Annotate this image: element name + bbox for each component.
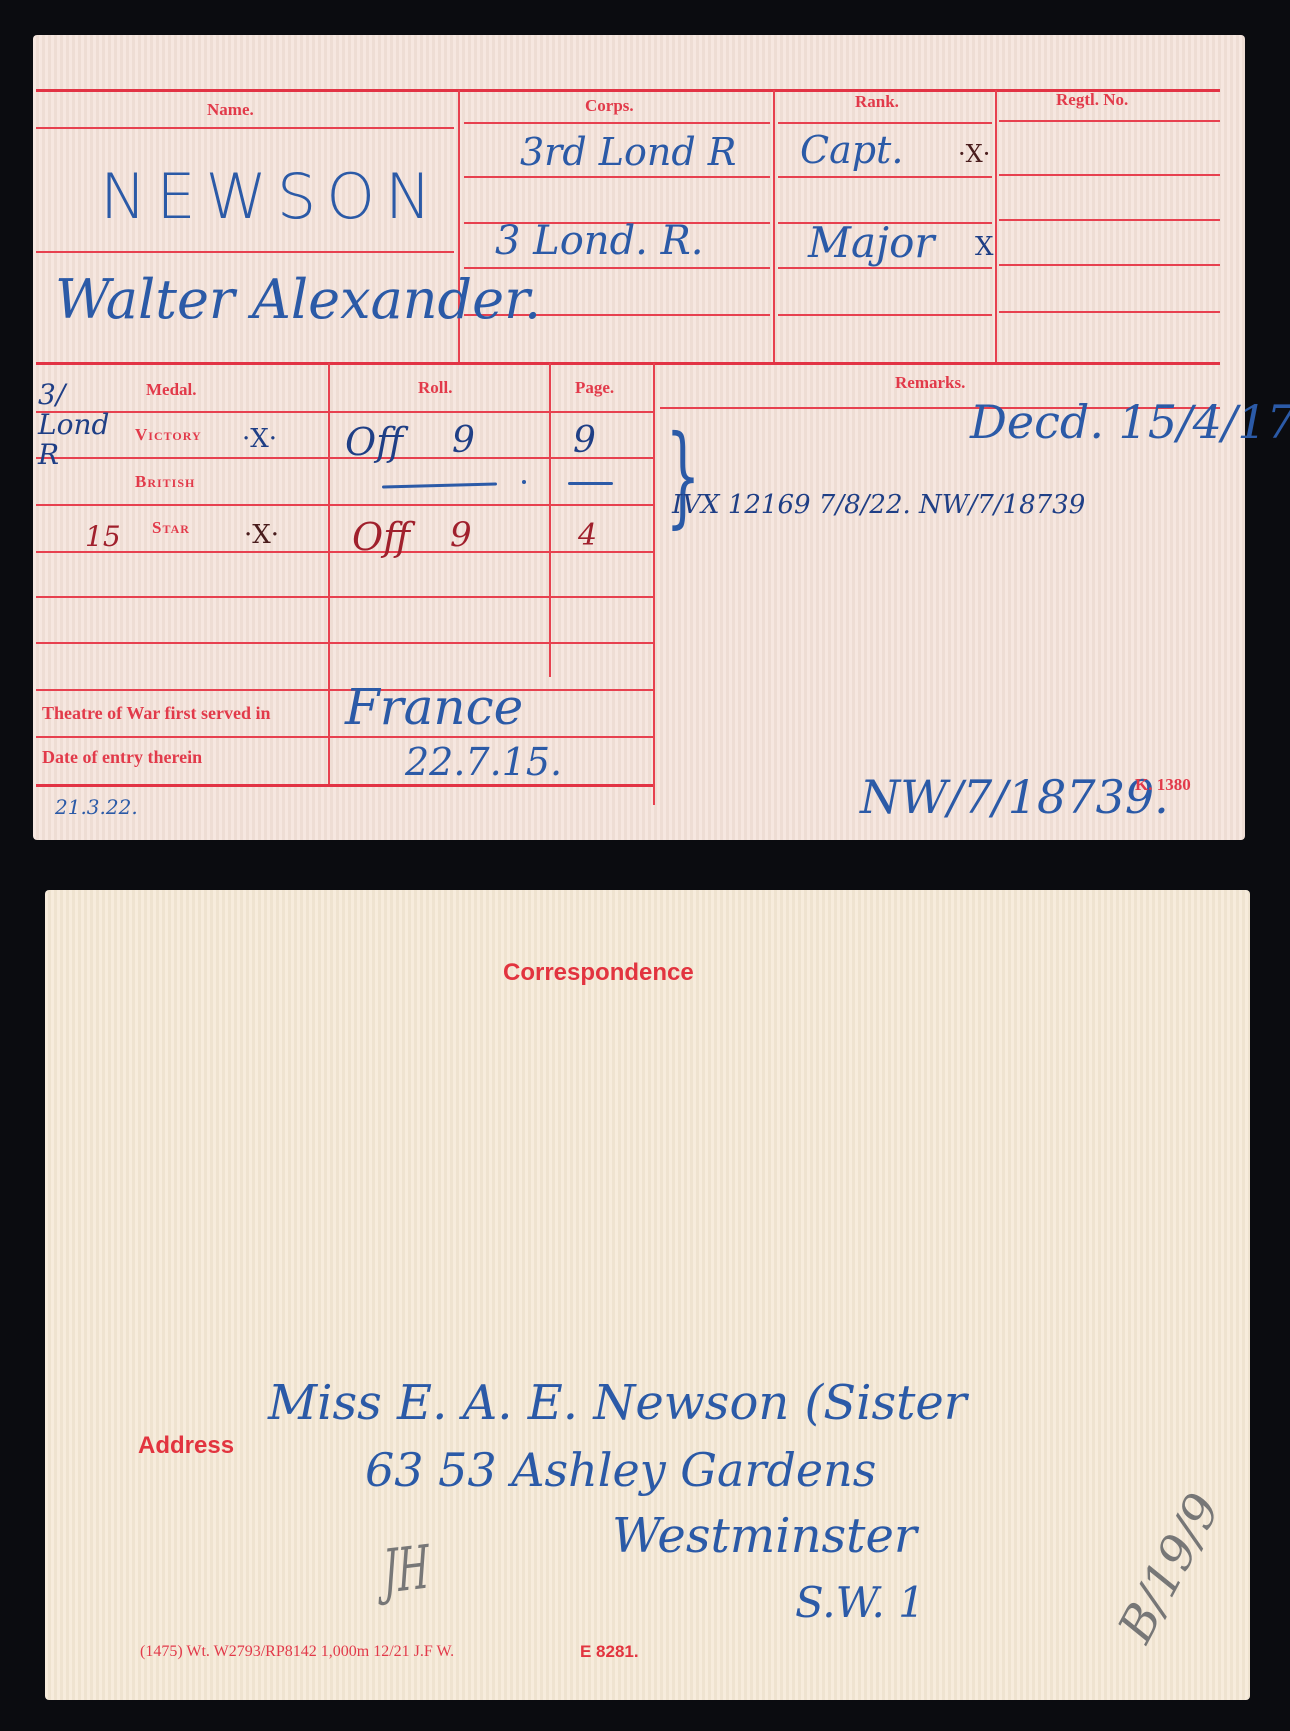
entry-date-label: Date of entry therein: [42, 747, 202, 768]
address-line-4: S.W. 1: [795, 1578, 925, 1627]
roll-british-ditto-dot: [522, 480, 526, 484]
rule-medal-4: [36, 596, 653, 598]
header-page: Page.: [575, 378, 614, 398]
rule-rank-1: [778, 176, 992, 178]
surname: NEWSON: [100, 160, 441, 233]
rule-medal-7: [36, 736, 653, 738]
rule-section-divider: [36, 362, 1220, 365]
pencil-initials: JH: [382, 1532, 431, 1607]
rank-mark-2: X: [975, 232, 994, 262]
rule-rank-4: [778, 314, 992, 316]
corps-entry-1: 3rd Lond R: [520, 130, 736, 174]
rule-rank-3: [778, 267, 992, 269]
header-remarks: Remarks.: [895, 373, 965, 393]
divider-corps-rank: [773, 90, 775, 362]
roll-star-prefix: Off: [352, 515, 410, 559]
file-reference: NW/7/18739.: [860, 770, 1169, 824]
address-line-1: Miss E. A. E. Newson (Sister: [268, 1375, 967, 1431]
rule-medal-bottom: [36, 784, 653, 787]
entry-date-value: 22.7.15.: [405, 740, 562, 784]
rule-regtl-2: [999, 219, 1220, 221]
roll-victory-prefix: Off: [345, 420, 403, 464]
forenames: Walter Alexander.: [55, 268, 541, 331]
remarks-reference: IVX 12169 7/8/22. NW/7/18739: [672, 490, 1085, 520]
rule-regtl-header: [999, 120, 1220, 122]
unit-annotation: 3/ Lond R: [38, 380, 128, 470]
address-label: Address: [138, 1432, 234, 1460]
page-british-ditto-line: [568, 482, 613, 485]
rule-rank-header: [778, 122, 992, 124]
rank-entry-1: Capt.: [800, 128, 903, 172]
page-victory: 9: [573, 420, 596, 461]
rule-regtl-1: [999, 174, 1220, 176]
rule-corps-1: [464, 176, 770, 178]
rule-name-row: [36, 251, 454, 253]
header-corps: Corps.: [585, 96, 634, 116]
rule-medal-header: [36, 411, 653, 413]
printer-code: E 8281.: [580, 1642, 639, 1662]
rank-mark-1: ·X·: [958, 140, 990, 168]
form-code: K. 1380: [1135, 775, 1191, 795]
medal-index-card-back: [45, 890, 1250, 1700]
medal-star-prefix: 15: [85, 520, 121, 553]
rule-corps-header: [464, 122, 770, 124]
medal-star: Star: [152, 518, 190, 538]
medal-victory: Victory: [135, 425, 202, 445]
theatre-value: France: [345, 678, 523, 736]
roll-victory: 9: [452, 420, 475, 461]
header-roll: Roll.: [418, 378, 452, 398]
rule-medal-5: [36, 642, 653, 644]
divider-page-remarks: [653, 363, 655, 805]
remarks-deceased: Decd. 15/4/17.: [970, 395, 1290, 449]
medal-british: British: [135, 472, 195, 492]
page-star: 4: [578, 518, 597, 553]
medal-victory-mark: ·X·: [242, 424, 277, 454]
rank-entry-2: Major: [808, 218, 934, 267]
rule-name-header: [36, 127, 454, 129]
header-name: Name.: [207, 100, 254, 120]
header-regtl-no: Regtl. No.: [1056, 90, 1128, 110]
header-medal: Medal.: [146, 380, 197, 400]
divider-medal-roll: [328, 363, 330, 785]
corps-entry-2: 3 Lond. R.: [495, 218, 703, 264]
header-rank: Rank.: [855, 92, 899, 112]
rule-regtl-4: [999, 311, 1220, 313]
rule-regtl-3: [999, 264, 1220, 266]
rule-top: [36, 89, 1220, 92]
printer-line: (1475) Wt. W2793/RP8142 1,000m 12/21 J.F…: [140, 1643, 454, 1661]
roll-star: 9: [450, 515, 472, 555]
rule-medal-2: [36, 504, 653, 506]
divider-rank-regtl: [995, 90, 997, 362]
address-line-3: Westminster: [612, 1508, 917, 1564]
medal-star-mark: ·X·: [244, 520, 279, 550]
address-line-2: 63 53 Ashley Gardens: [365, 1443, 876, 1497]
rule-medal-3: [36, 551, 653, 553]
footer-date: 21.3.22.: [55, 795, 138, 819]
theatre-label: Theatre of War first served in: [42, 703, 270, 724]
correspondence-title: Correspondence: [503, 959, 694, 987]
